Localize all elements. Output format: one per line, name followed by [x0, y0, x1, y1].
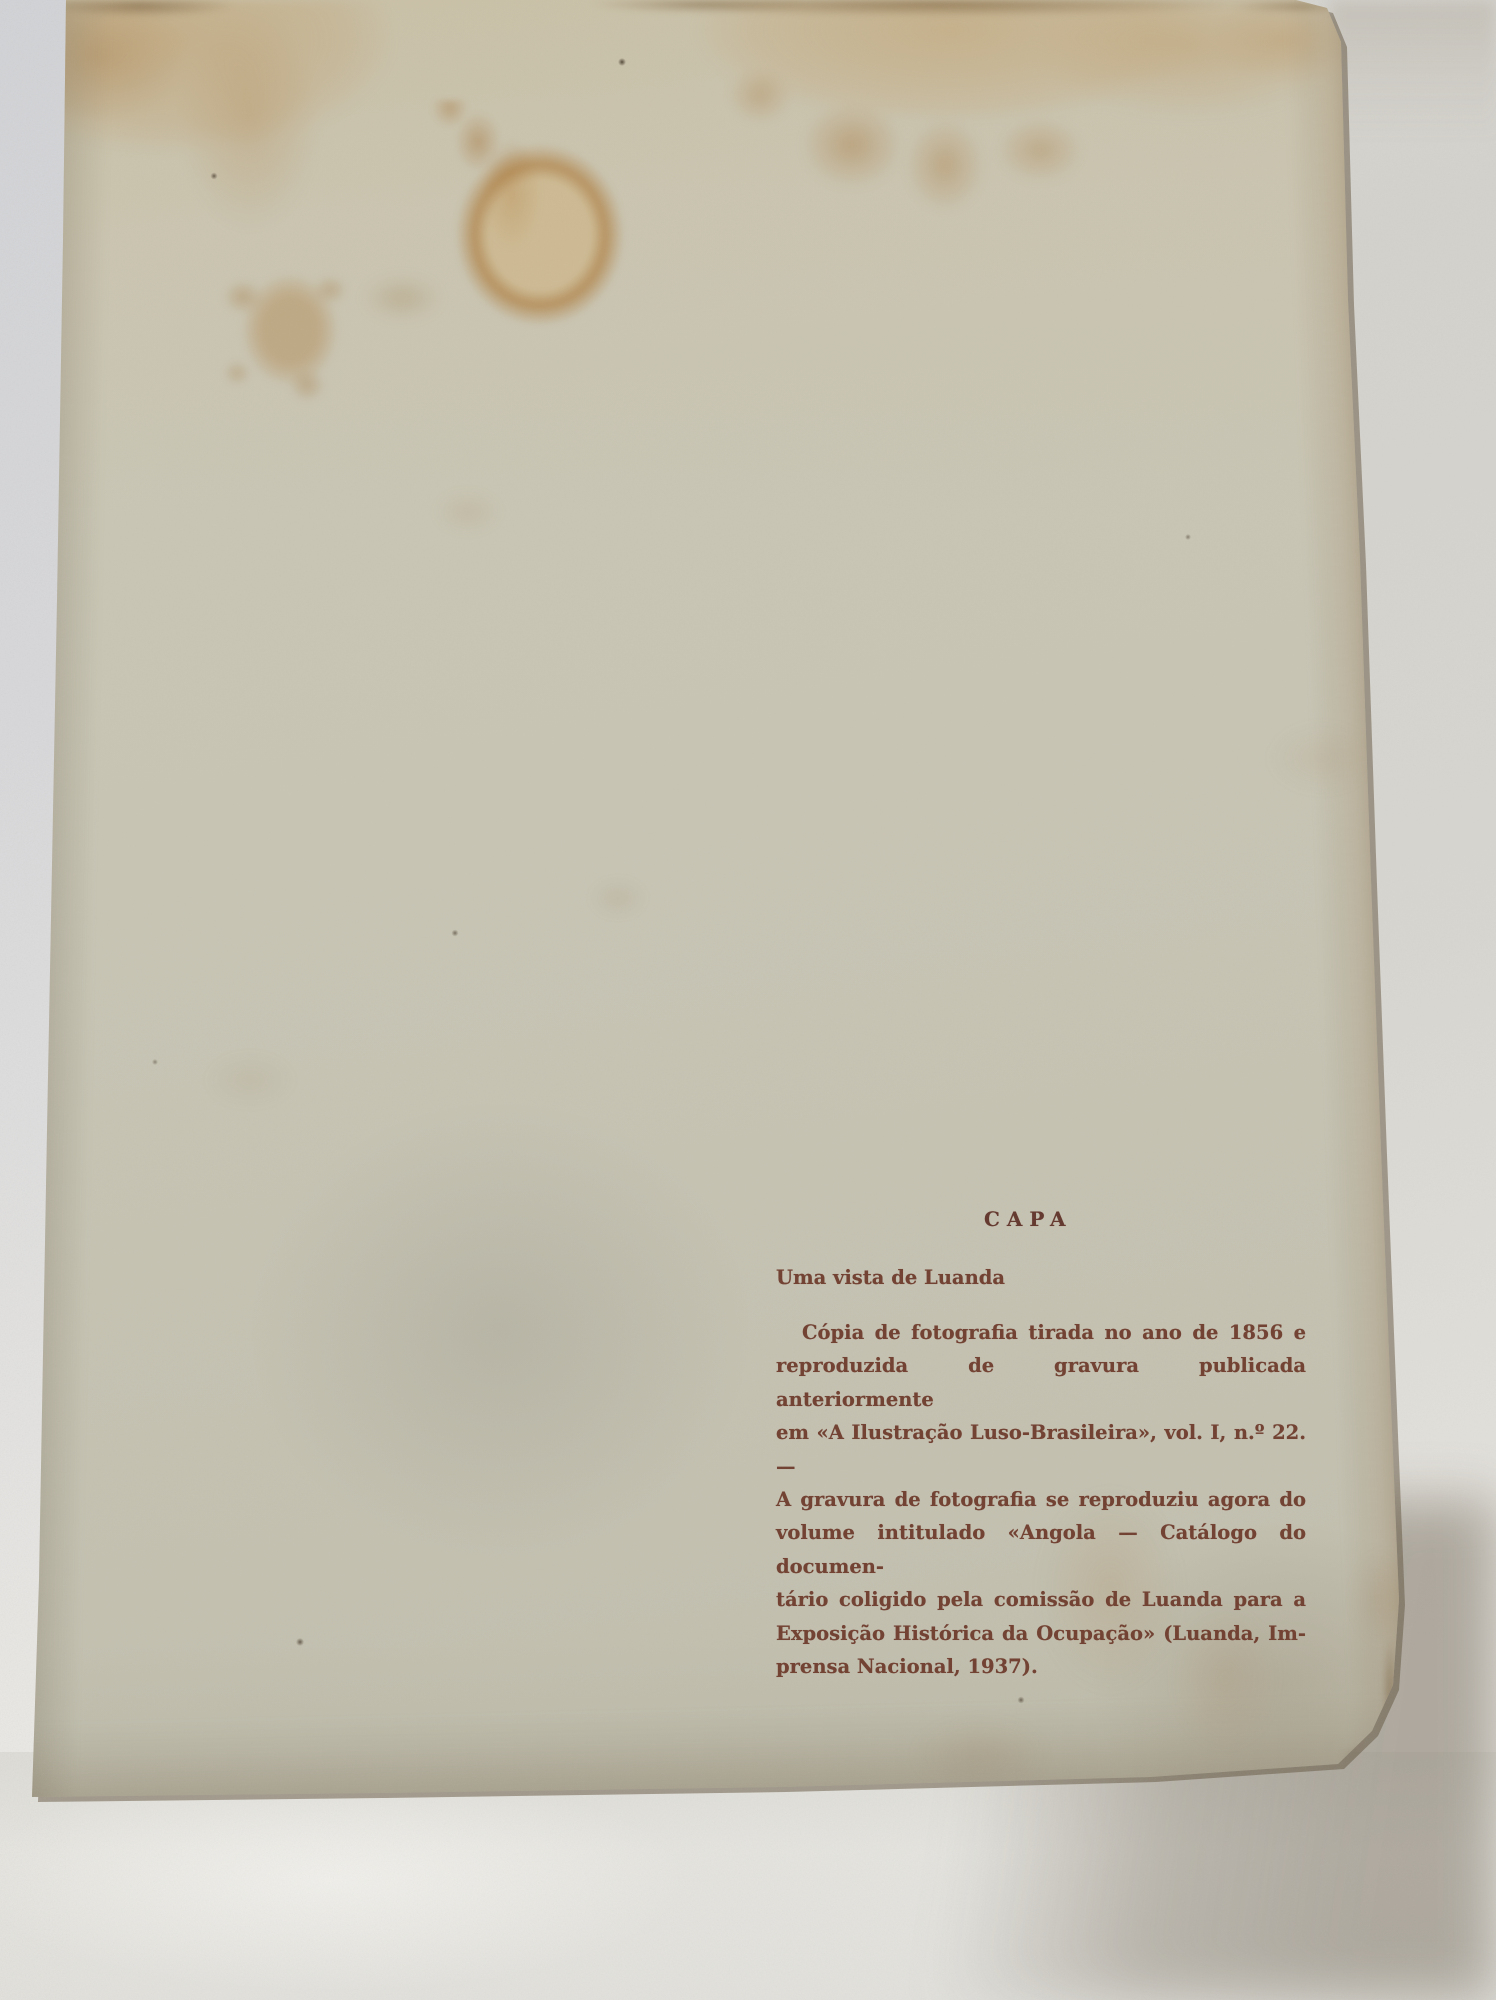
water-stain-blob — [195, 235, 380, 425]
page-bottom-edge-shade — [0, 1670, 1450, 1810]
paragraph-line: tário coligido pela comissão de Luanda p… — [776, 1583, 1306, 1616]
paragraph-line: reproduzida de gravura publicada anterio… — [776, 1349, 1306, 1416]
page-lighting-shade — [0, 0, 1496, 2000]
photo-scene: CAPA Uma vista de Luanda Cópia de fotogr… — [0, 0, 1496, 2000]
paragraph-line: prensa Nacional, 1937). — [776, 1650, 1306, 1683]
paragraph-line: Cópia de fotografia tirada no ano de 185… — [776, 1316, 1306, 1349]
top-edge-dark-stain — [0, 0, 1496, 60]
page-heading: CAPA — [984, 1207, 1073, 1231]
fabric-bottom-highlight — [0, 1760, 900, 2000]
paragraph-line: Exposição Histórica da Ocupação» (Luanda… — [776, 1617, 1306, 1650]
paragraph-line: volume intitulado «Angola — Catálogo do … — [776, 1516, 1306, 1583]
faint-stains-lower — [0, 0, 1496, 2000]
book-page: CAPA Uma vista de Luanda Cópia de fotogr… — [0, 0, 1496, 2000]
dirt-specks — [0, 0, 1496, 2000]
water-stain-ring — [390, 100, 670, 370]
paragraph-line: em «A Ilustração Luso-Brasileira», vol. … — [776, 1416, 1306, 1483]
fabric-right-top-shade — [1330, 0, 1496, 140]
bottom-right-corner-crease — [1330, 1630, 1410, 1780]
faint-stains-middle — [0, 0, 1496, 2000]
page-paragraph: Cópia de fotografia tirada no ano de 185… — [776, 1316, 1306, 1683]
page-left-edge-shade — [25, 0, 130, 1810]
water-stain-top-washes — [0, 0, 1496, 2000]
paragraph-line: A gravura de fotografia se reproduziu ag… — [776, 1483, 1306, 1516]
page-caption: Uma vista de Luanda — [776, 1266, 1005, 1289]
